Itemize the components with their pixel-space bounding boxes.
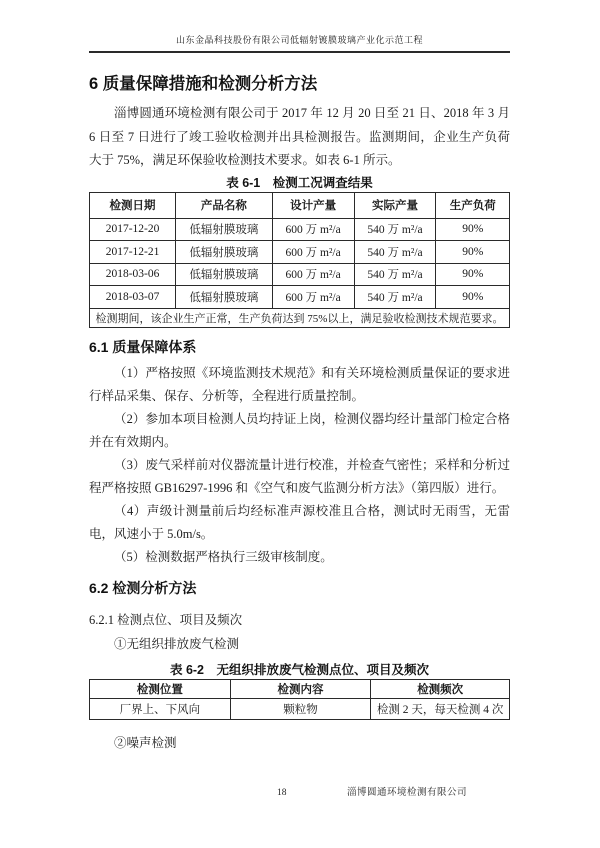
cell-actual-output: 540 万 m²/a (354, 263, 436, 286)
col-header-date: 检测日期 (90, 192, 176, 218)
cell-product: 低辐射膜玻璃 (176, 218, 273, 241)
table-6-1-header-row: 检测日期 产品名称 设计产量 实际产量 生产负荷 (90, 192, 510, 218)
cell-date: 2017-12-20 (90, 218, 176, 241)
table-6-2: 检测位置 检测内容 检测频次 厂界上、下风向 颗粒物 检测 2 天，每天检测 4… (89, 679, 510, 720)
cell-load: 90% (436, 218, 510, 241)
table-row: 2018-03-06 低辐射膜玻璃 600 万 m²/a 540 万 m²/a … (90, 263, 510, 286)
table-6-1-caption: 表 6-1 检测工况调查结果 (89, 175, 510, 192)
qa-item-3: （3）废气采样前对仪器流量计进行校准，并检查气密性；采样和分析过程严格按照 GB… (89, 454, 510, 500)
cell-load: 90% (436, 286, 510, 309)
col-header-load: 生产负荷 (436, 192, 510, 218)
document-content: 山东金晶科技股份有限公司低辐射镀膜玻璃产业化示范工程 6 质量保障措施和检测分析… (89, 0, 510, 755)
cell-date: 2017-12-21 (90, 241, 176, 264)
cell-product: 低辐射膜玻璃 (176, 263, 273, 286)
running-header: 山东金晶科技股份有限公司低辐射镀膜玻璃产业化示范工程 (89, 0, 510, 53)
footer-company-name: 淄博圆通环境检测有限公司 (347, 786, 467, 800)
cell-frequency: 检测 2 天，每天检测 4 次 (371, 698, 510, 719)
cell-load: 90% (436, 263, 510, 286)
col-header-content: 检测内容 (230, 679, 371, 698)
table-6-2-caption: 表 6-2 无组织排放废气检测点位、项目及频次 (89, 662, 510, 679)
section-6-2-1-heading: 6.2.1 检测点位、项目及频次 (89, 609, 510, 631)
col-header-design-output: 设计产量 (272, 192, 354, 218)
cell-content: 颗粒物 (230, 698, 371, 719)
bullet-noise-detection: ②噪声检测 (89, 732, 510, 755)
section-6-1-heading: 6.1 质量保障体系 (89, 336, 510, 358)
cell-actual-output: 540 万 m²/a (354, 218, 436, 241)
document-page: { "page": { "header_title": "山东金晶科技股份有限公… (0, 0, 600, 848)
table-6-1-note: 检测期间，该企业生产正常，生产负荷达到 75%以上，满足验收检测技术规范要求。 (90, 308, 510, 327)
cell-date: 2018-03-07 (90, 286, 176, 309)
col-header-product: 产品名称 (176, 192, 273, 218)
qa-item-1: （1）严格按照《环境监测技术规范》和有关环境检测质量保证的要求进行样品采集、保存… (89, 362, 510, 408)
section-6-heading: 6 质量保障措施和检测分析方法 (89, 72, 510, 96)
table-row: 2017-12-20 低辐射膜玻璃 600 万 m²/a 540 万 m²/a … (90, 218, 510, 241)
cell-design-output: 600 万 m²/a (272, 286, 354, 309)
page-number: 18 (277, 786, 287, 800)
table-6-2-header-row: 检测位置 检测内容 检测频次 (90, 679, 510, 698)
table-row: 厂界上、下风向 颗粒物 检测 2 天，每天检测 4 次 (90, 698, 510, 719)
header-title: 山东金晶科技股份有限公司低辐射镀膜玻璃产业化示范工程 (176, 35, 423, 45)
section-6-2-heading: 6.2 检测分析方法 (89, 577, 510, 599)
col-header-position: 检测位置 (90, 679, 231, 698)
cell-actual-output: 540 万 m²/a (354, 286, 436, 309)
cell-product: 低辐射膜玻璃 (176, 286, 273, 309)
table-row: 2018-03-07 低辐射膜玻璃 600 万 m²/a 540 万 m²/a … (90, 286, 510, 309)
table-6-1: 检测日期 产品名称 设计产量 实际产量 生产负荷 2017-12-20 低辐射膜… (89, 192, 510, 328)
cell-design-output: 600 万 m²/a (272, 241, 354, 264)
cell-product: 低辐射膜玻璃 (176, 241, 273, 264)
cell-design-output: 600 万 m²/a (272, 218, 354, 241)
cell-load: 90% (436, 241, 510, 264)
cell-actual-output: 540 万 m²/a (354, 241, 436, 264)
section-6-intro-paragraph: 淄博圆通环境检测有限公司于 2017 年 12 月 20 日至 21 日、201… (89, 102, 510, 173)
cell-design-output: 600 万 m²/a (272, 263, 354, 286)
cell-date: 2018-03-06 (90, 263, 176, 286)
cell-position: 厂界上、下风向 (90, 698, 231, 719)
qa-item-2: （2）参加本项目检测人员均持证上岗，检测仪器均经计量部门检定合格并在有效期内。 (89, 408, 510, 454)
bullet-gas-detection: ①无组织排放废气检测 (89, 633, 510, 656)
col-header-actual-output: 实际产量 (354, 192, 436, 218)
qa-item-5: （5）检测数据严格执行三级审核制度。 (89, 546, 510, 569)
running-footer: 18 淄博圆通环境检测有限公司 (89, 786, 510, 800)
col-header-frequency: 检测频次 (371, 679, 510, 698)
table-note-row: 检测期间，该企业生产正常，生产负荷达到 75%以上，满足验收检测技术规范要求。 (90, 308, 510, 327)
table-row: 2017-12-21 低辐射膜玻璃 600 万 m²/a 540 万 m²/a … (90, 241, 510, 264)
qa-item-4: （4）声级计测量前后均经标准声源校准且合格，测试时无雨雪，无雷电，风速小于 5.… (89, 500, 510, 546)
